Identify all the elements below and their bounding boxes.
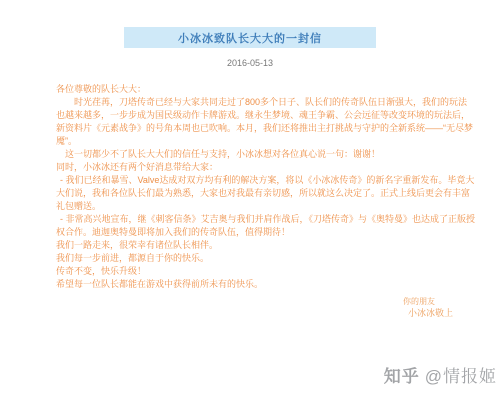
letter-paragraph-bullet: - 非常高兴地宣布，继《刺客信条》艾吉奥与我们并肩作战后，《刀塔传奇》与《奥特曼… [56,213,475,239]
letter-salutation: 各位尊敬的队长大大： [56,83,475,96]
signature-role: 你的朋友 [56,297,453,307]
letter-paragraph: 我们一路走来，很荣幸有诸位队长相伴。 [56,239,475,252]
signature-name: 小冰冰敬上 [56,308,453,319]
letter-paragraph: 我们每一步前进，都源自于你的快乐。 [56,252,475,265]
letter-paragraph: 希望每一位队长都能在游戏中获得前所未有的快乐。 [56,278,475,291]
letter-paragraph-bullet: - 我们已经和暴雪、Valve达成对双方均有利的解决方案，将以《小冰冰传奇》的新… [56,174,475,213]
letter-paragraph: 传奇不变，快乐升级！ [56,265,475,278]
watermark-handle: @情报姬 [425,367,497,386]
letter-signature: 你的朋友 小冰冰敬上 [56,297,475,319]
page-title: 小冰冰致队长大大的一封信 [178,30,322,46]
letter-date: 2016-05-13 [0,58,500,68]
letter-paragraph: 这一切都少不了队长大大们的信任与支持，小冰冰想对各位真心说一句：谢谢！ [56,148,475,161]
letter-body: 各位尊敬的队长大大： 时光荏苒，刀塔传奇已经与大家共同走过了800多个日子、队长… [0,83,500,319]
zhihu-logo-text: 知乎 [384,367,420,386]
letter-title-banner: 小冰冰致队长大大的一封信 [124,27,376,48]
letter-paragraph: 同时，小冰冰还有两个好消息带给大家： [56,161,475,174]
letter-paragraph: 时光荏苒，刀塔传奇已经与大家共同走过了800多个日子、队长们的传奇队伍日渐强大，… [56,96,475,148]
zhihu-watermark: 知乎@情报姬 [384,362,497,387]
